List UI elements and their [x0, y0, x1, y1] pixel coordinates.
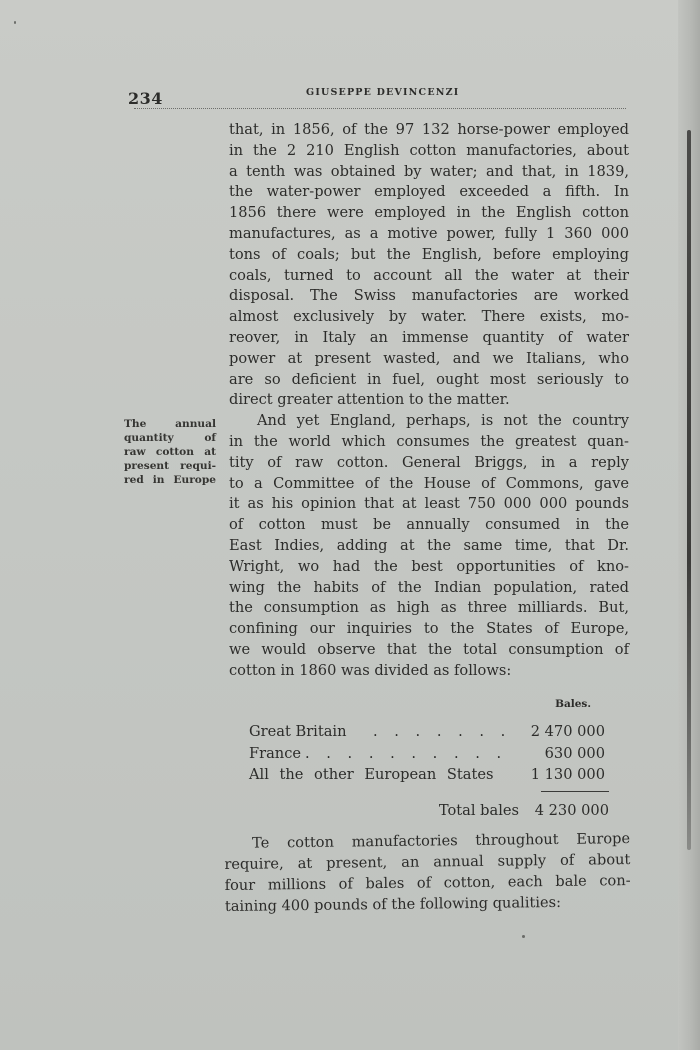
text-line: in the world which consumes the greatest…	[229, 432, 629, 453]
row-value: 1 130 000	[531, 766, 605, 783]
total-value: 4 230 000	[535, 802, 609, 819]
text-line: that, in 1856, of the 97 132 horse-power…	[229, 120, 629, 141]
row-value: 630 000	[545, 745, 605, 762]
ink-speck	[14, 21, 16, 24]
paragraph-3: Te cotton manufactories throughout Europ…	[224, 828, 631, 917]
text-line: Wright, wo had the best opportunities of…	[229, 557, 629, 578]
paragraph-1: that, in 1856, of the 97 132 horse-power…	[229, 120, 629, 411]
page-number: 234	[128, 89, 163, 108]
text-line: it as his opinion that at least 750 000 …	[229, 494, 629, 515]
leader-dots: . . . . . . .	[373, 723, 511, 740]
paragraph-2: And yet England, perhaps, is not the cou…	[229, 411, 629, 681]
sum-rule	[541, 791, 609, 792]
text-line: wing the habits of the Indian population…	[229, 578, 629, 599]
unit-header: Bales.	[555, 698, 591, 710]
row-label: France	[249, 745, 301, 762]
text-line: almost exclusively by water. There exist…	[229, 307, 629, 328]
text-line: we would observe that the total consumpt…	[229, 640, 629, 661]
book-spine-edge	[687, 130, 691, 850]
text-line: manufactures, as a motive power, fully 1…	[229, 224, 629, 245]
margin-note-line: quantity of	[124, 431, 216, 445]
body-text: that, in 1856, of the 97 132 horse-power…	[229, 120, 629, 682]
text-line: East Indies, adding at the same time, th…	[229, 536, 629, 557]
row-value: 2 470 000	[531, 723, 605, 740]
leader-dots: . . . . . . . . . .	[305, 745, 507, 762]
text-line: a tenth was obtained by water; and that,…	[229, 162, 629, 183]
text-line: are so deficient in fuel, ought most ser…	[229, 370, 629, 391]
text-line: the water-power employed exceeded a fift…	[229, 182, 629, 203]
margin-note: The annual quantity of raw cotton at pre…	[124, 417, 216, 487]
text-line: direct greater attention to the matter.	[229, 390, 629, 411]
margin-note-line: red in Europe	[124, 473, 216, 487]
text-line: confining our inquiries to the States of…	[229, 619, 629, 640]
text-line: reover, in Italy an immense quantity of …	[229, 328, 629, 349]
text-line: tons of coals; but the English, before e…	[229, 245, 629, 266]
margin-note-line: present requi-	[124, 459, 216, 473]
text-line: of cotton must be annually consumed in t…	[229, 515, 629, 536]
margin-note-line: raw cotton at	[124, 445, 216, 459]
text-line: power at present wasted, and we Italians…	[229, 349, 629, 370]
text-line: cotton in 1860 was divided as follows:	[229, 661, 629, 682]
table-row: Great Britain . . . . . . . 2 470 000	[249, 723, 605, 744]
table-row: All the other European States 1 130 000	[249, 766, 605, 787]
running-head: GIUSEPPE DEVINCENZI	[306, 87, 459, 98]
row-label: All the other European States	[249, 766, 493, 783]
text-line: 1856 there were employed in the English …	[229, 203, 629, 224]
ink-speck	[522, 935, 525, 938]
text-line: in the 2 210 English cotton manufactorie…	[229, 141, 629, 162]
text-line: to a Committee of the House of Commons, …	[229, 474, 629, 495]
text-line: disposal. The Swiss manufactories are wo…	[229, 286, 629, 307]
text-line: tity of raw cotton. General Briggs, in a…	[229, 453, 629, 474]
table-row: France . . . . . . . . . . 630 000	[249, 745, 605, 766]
text-line: And yet England, perhaps, is not the cou…	[229, 411, 629, 432]
total-row: Total bales 4 230 000	[409, 802, 609, 823]
margin-note-line: The annual	[124, 417, 216, 431]
text-line: coals, turned to account all the water a…	[229, 266, 629, 287]
row-label: Great Britain	[249, 723, 346, 740]
header-rule	[134, 108, 626, 109]
text-line: taining 400 pounds of the following qual…	[225, 891, 631, 917]
total-label: Total bales	[439, 802, 519, 819]
text-line: the consumption as high as three milliar…	[229, 598, 629, 619]
